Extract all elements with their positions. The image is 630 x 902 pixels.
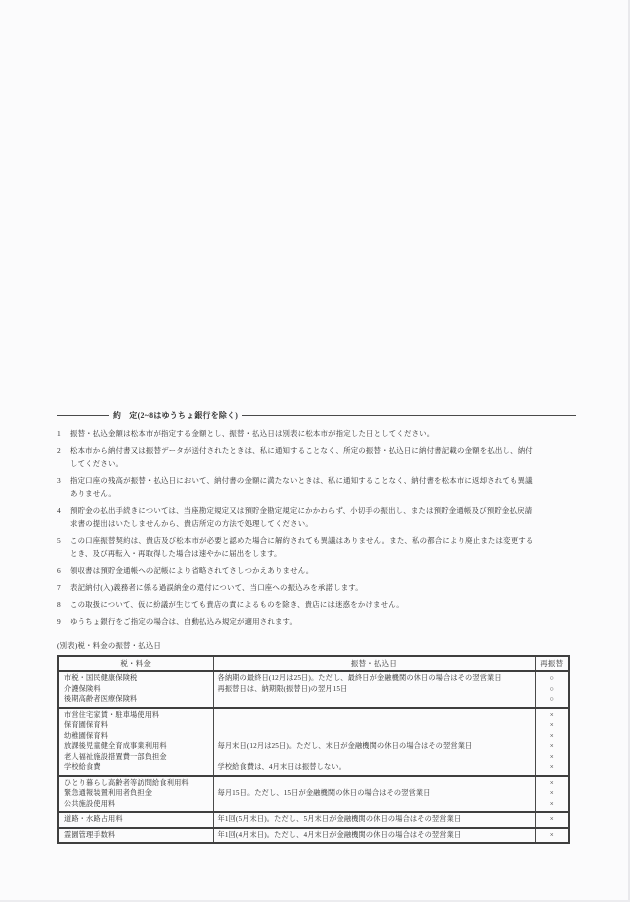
- retransfer-mark: ×: [536, 720, 569, 731]
- clause-text-line: してください。: [70, 457, 581, 470]
- col-header-tax-fee: 税・料金: [58, 656, 213, 671]
- fee-group-row-5: 霊園管理手数料 年1回(4月末日)。ただし、4月末日が金融機関の休日の場合はその…: [58, 828, 569, 844]
- clause-item-5: 5 この口座振替契約は、貴店及び松本市が必要と認めた場合に解約されても異議はあり…: [57, 534, 581, 560]
- appendix-section: (別表)税・料金の振替・払込日 税・料金 振替・払込日 再振替 市税・国民健康保…: [57, 640, 572, 844]
- retransfer-mark: ×: [536, 778, 569, 789]
- clause-text-line: ありません。: [70, 487, 581, 500]
- fee-name: 市営住宅家賃・駐車場使用料: [59, 710, 213, 721]
- clause-text-line: ゆうちょ銀行をご指定の場合は、自動払込み規定が適用されます。: [70, 615, 581, 628]
- fee-name: 老人福祉施設措置費一部負担金: [59, 752, 213, 763]
- clause-number: 9: [57, 615, 70, 628]
- clause-number: 5: [57, 534, 70, 560]
- fee-name: ひとり暮らし高齢者等訪問給食利用料: [59, 778, 213, 789]
- clause-item-9: 9 ゆうちょ銀行をご指定の場合は、自動払込み規定が適用されます。: [57, 615, 581, 628]
- clause-text-line: この口座振替契約は、貴店及び松本市が必要と認めた場合に解約されても異議はありませ…: [70, 534, 581, 547]
- fee-name: 介護保険料: [59, 684, 213, 695]
- schedule-text: 年1回(5月末日)。ただし、5月末日が金融機関の休日の場合はその翌営業日: [214, 814, 535, 825]
- clause-text-line: 松本市から納付書又は振替データが送付されたときは、私に通知することなく、所定の振…: [70, 444, 581, 457]
- clause-text-line: 表記納付(入)義務者に係る過誤納金の還付について、当口座への振込みを承諾します。: [70, 581, 581, 594]
- rule-line-right: [242, 415, 576, 416]
- fee-name: 後期高齢者医療保険料: [59, 694, 213, 705]
- retransfer-mark: ○: [536, 673, 569, 684]
- agreement-clauses: 1 振替・払込金額は松本市が指定する金額とし、振替・払込日は別表に松本市が指定し…: [57, 427, 581, 632]
- fee-group-row-1: 市税・国民健康保険税 介護保険料 後期高齢者医療保険料 各納期の最終日(12月は…: [58, 671, 569, 708]
- schedule-text: 学校給食費は、4月末日は振替しない。: [214, 762, 535, 773]
- rule-line-left: [57, 415, 109, 416]
- schedule-line-empty: [214, 694, 535, 705]
- retransfer-mark: ×: [536, 762, 569, 773]
- clause-number: 6: [57, 564, 70, 577]
- schedule-line-empty: [214, 731, 535, 742]
- schedule-line-empty: [214, 799, 535, 810]
- clause-number: 1: [57, 427, 70, 440]
- document-page: 約 定(2~8はゆうちょ銀行を除く) 1 振替・払込金額は松本市が指定する金額と…: [0, 0, 630, 902]
- col-header-transfer-date: 振替・払込日: [213, 656, 535, 671]
- schedule-line-empty: [214, 778, 535, 789]
- retransfer-mark: ×: [536, 830, 569, 841]
- fees-table-header-row: 税・料金 振替・払込日 再振替: [58, 656, 569, 671]
- fee-name: 市税・国民健康保険税: [59, 673, 213, 684]
- col-header-retransfer: 再振替: [535, 656, 569, 671]
- retransfer-mark: ×: [536, 731, 569, 742]
- appendix-title: (別表)税・料金の振替・払込日: [57, 640, 572, 651]
- schedule-line-empty: [214, 752, 535, 763]
- clause-text-line: 預貯金の払出手続きについては、当座勘定規定又は預貯金勘定規定にかかわらず、小切手…: [70, 504, 581, 517]
- schedule-text: 再振替日は、納期限(振替日)の翌月15日: [214, 684, 535, 695]
- fee-name: 公共施設使用料: [59, 799, 213, 810]
- fee-group-row-4: 道路・水路占用料 年1回(5月末日)。ただし、5月末日が金融機関の休日の場合はそ…: [58, 812, 569, 828]
- fee-name: 放課後児童健全育成事業利用料: [59, 741, 213, 752]
- clause-item-4: 4 預貯金の払出手続きについては、当座勘定規定又は預貯金勘定規定にかかわらず、小…: [57, 504, 581, 530]
- clause-item-2: 2 松本市から納付書又は振替データが送付されたときは、私に通知することなく、所定…: [57, 444, 581, 470]
- clause-item-6: 6 領収書は預貯金通帳への記帳により省略されてさしつかえありません。: [57, 564, 581, 577]
- clause-text-line: 指定口座の残高が振替・払込日において、納付書の金額に満たないときは、私に通知する…: [70, 474, 581, 487]
- agreement-heading-rule: 約 定(2~8はゆうちょ銀行を除く): [57, 409, 576, 422]
- fee-name: 学校給食費: [59, 762, 213, 773]
- schedule-text: 各納期の最終日(12月は25日)。ただし、最終日が金融機関の休日の場合はその翌営…: [214, 673, 535, 684]
- schedule-text: 毎月末日(12月は25日)。ただし、末日が金融機関の休日の場合はその翌営業日: [214, 741, 535, 752]
- fee-name: 保育園保育料: [59, 720, 213, 731]
- fee-name: 緊急通報装置利用者負担金: [59, 788, 213, 799]
- retransfer-mark: ×: [536, 788, 569, 799]
- clause-item-3: 3 指定口座の残高が振替・払込日において、納付書の金額に満たないときは、私に通知…: [57, 474, 581, 500]
- clause-text-line: 領収書は預貯金通帳への記帳により省略されてさしつかえありません。: [70, 564, 581, 577]
- fee-group-row-3: ひとり暮らし高齢者等訪問給食利用料 緊急通報装置利用者負担金 公共施設使用料 毎…: [58, 776, 569, 813]
- clause-number: 7: [57, 581, 70, 594]
- retransfer-mark: ×: [536, 741, 569, 752]
- retransfer-mark: ×: [536, 752, 569, 763]
- clause-text-line: 求書の提出はいたしませんから、貴店所定の方法で処理してください。: [70, 517, 581, 530]
- fee-name: 道路・水路占用料: [59, 814, 213, 825]
- clause-number: 2: [57, 444, 70, 470]
- clause-text-line: とき、及び再転入・再取得した場合は速やかに届出をします。: [70, 547, 581, 560]
- retransfer-mark: ○: [536, 684, 569, 695]
- fee-name: 霊園管理手数料: [59, 830, 213, 841]
- retransfer-mark: ×: [536, 814, 569, 825]
- schedule-text: 毎月15日。ただし、15日が金融機関の休日の場合はその翌営業日: [214, 788, 535, 799]
- clause-number: 8: [57, 598, 70, 611]
- retransfer-mark: ×: [536, 799, 569, 810]
- schedule-line-empty: [214, 720, 535, 731]
- retransfer-mark: ○: [536, 694, 569, 705]
- fee-group-row-2: 市営住宅家賃・駐車場使用料 保育園保育料 幼稚園保育料 放課後児童健全育成事業利…: [58, 708, 569, 776]
- clause-text-line: この取扱について、仮に紛議が生じても貴店の責によるものを除き、貴店には迷惑をかけ…: [70, 598, 581, 611]
- agreement-heading: 約 定(2~8はゆうちょ銀行を除く): [109, 409, 242, 422]
- clause-item-8: 8 この取扱について、仮に紛議が生じても貴店の責によるものを除き、貴店には迷惑を…: [57, 598, 581, 611]
- fees-table: 税・料金 振替・払込日 再振替 市税・国民健康保険税 介護保険料 後期高齢者医療…: [57, 655, 570, 844]
- clause-number: 4: [57, 504, 70, 530]
- clause-number: 3: [57, 474, 70, 500]
- retransfer-mark: ×: [536, 710, 569, 721]
- clause-item-7: 7 表記納付(入)義務者に係る過誤納金の還付について、当口座への振込みを承諾しま…: [57, 581, 581, 594]
- clause-text-line: 振替・払込金額は松本市が指定する金額とし、振替・払込日は別表に松本市が指定した日…: [70, 427, 581, 440]
- schedule-line-empty: [214, 710, 535, 721]
- clause-item-1: 1 振替・払込金額は松本市が指定する金額とし、振替・払込日は別表に松本市が指定し…: [57, 427, 581, 440]
- fee-name: 幼稚園保育料: [59, 731, 213, 742]
- schedule-text: 年1回(4月末日)。ただし、4月末日が金融機関の休日の場合はその翌営業日: [214, 830, 535, 841]
